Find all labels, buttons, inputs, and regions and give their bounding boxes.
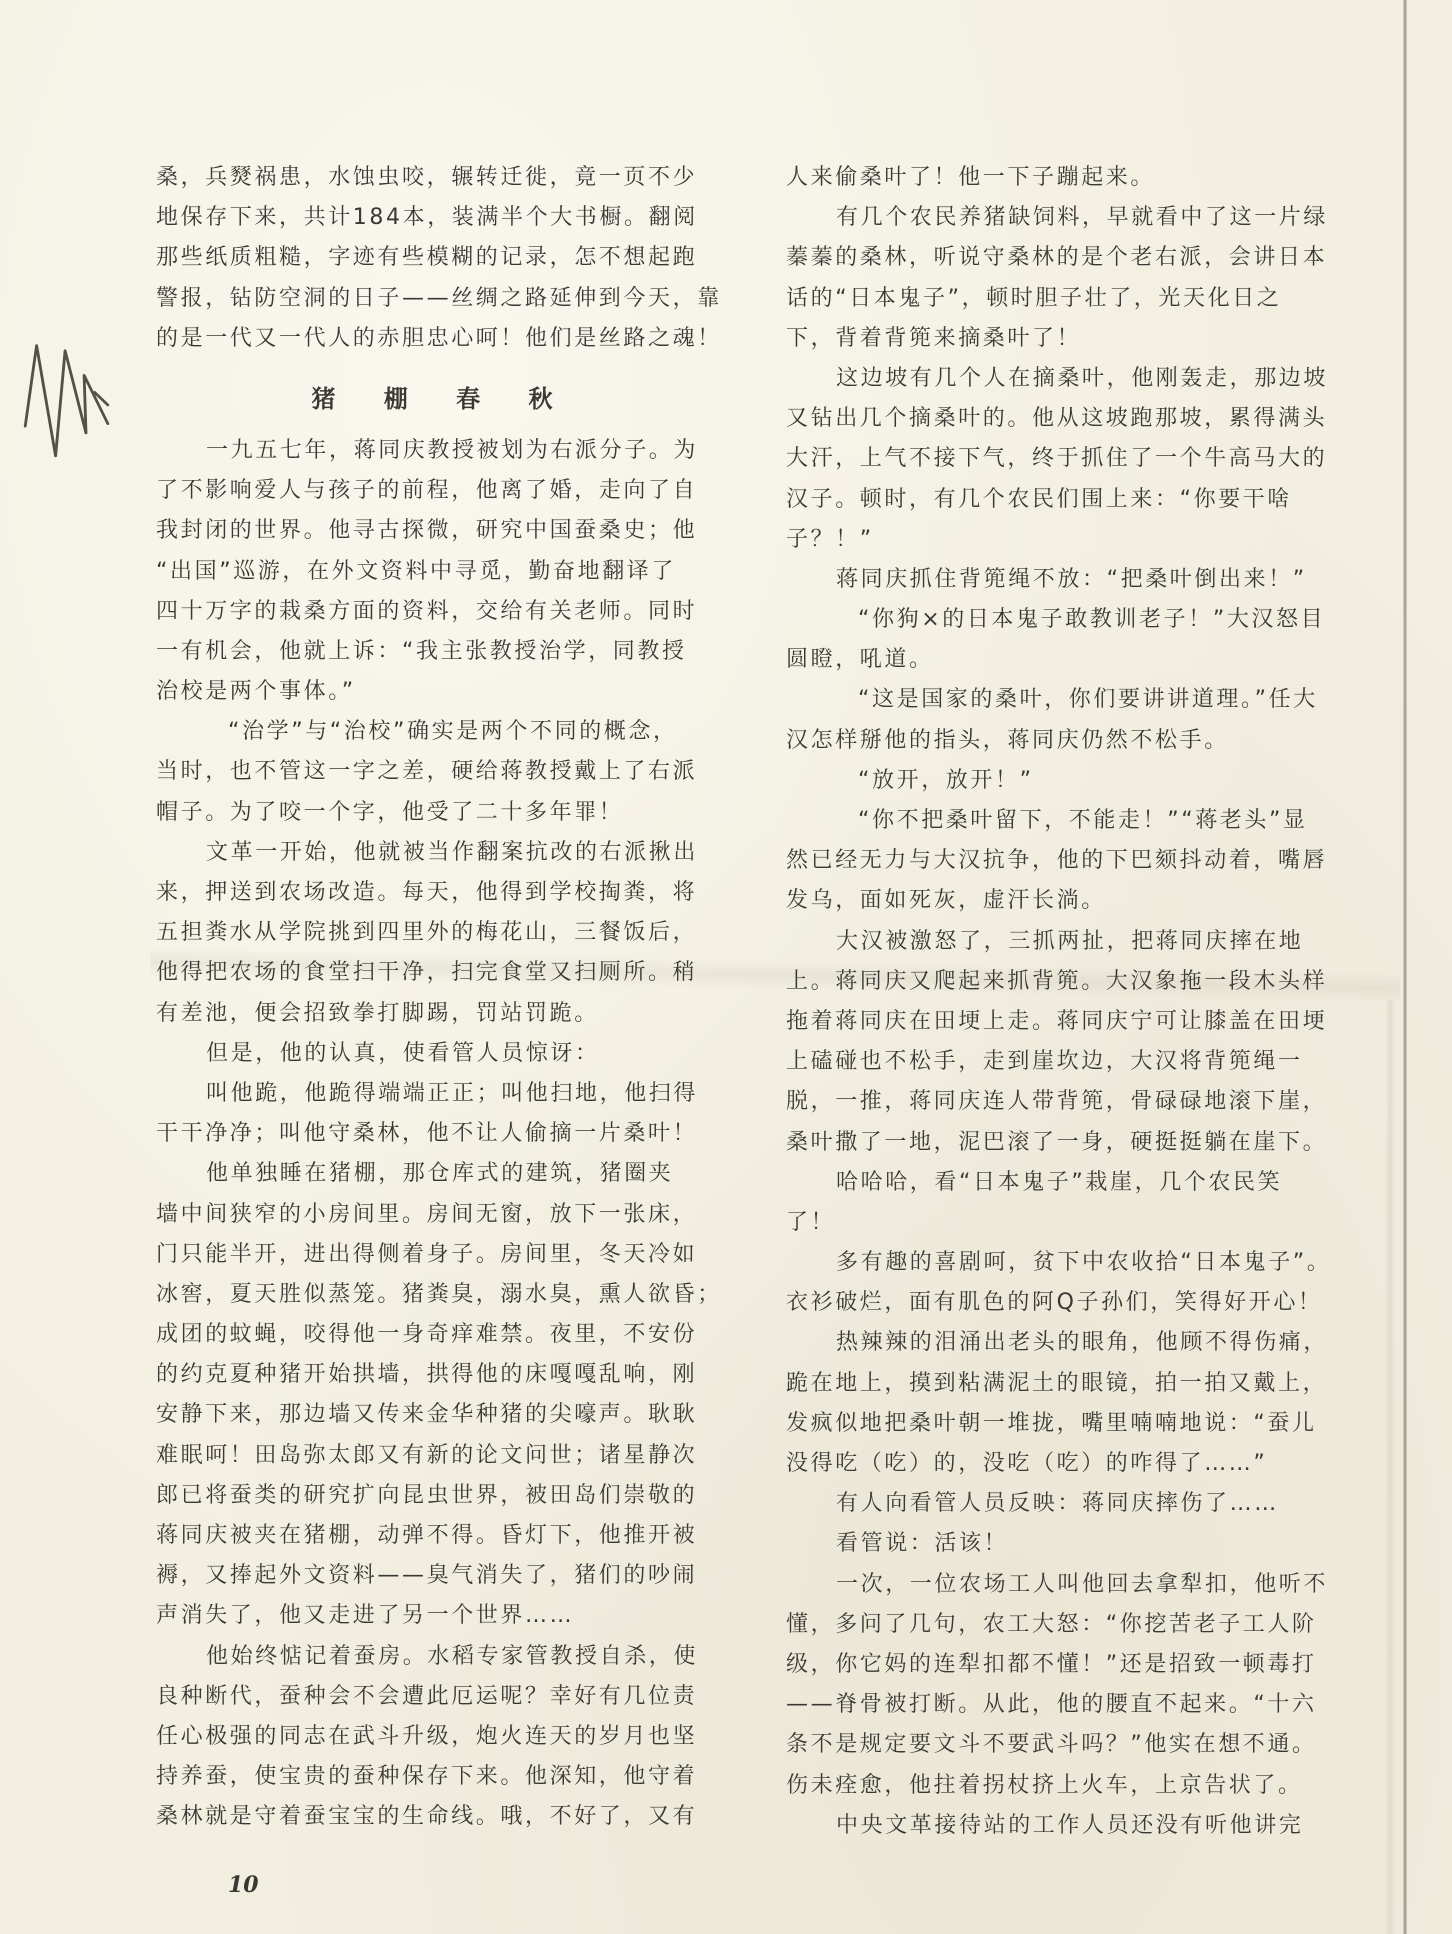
text-line: 有人向看管人员反映：蒋同庆摔伤了…… [786, 1484, 1374, 1524]
text-line: 四十万字的栽桑方面的资料，交给有关老师。同时 [156, 592, 728, 632]
text-line: 看管说：活该！ [786, 1524, 1374, 1564]
text-line: 警报，钻防空洞的日子——丝绸之路延伸到今天，靠 [156, 279, 728, 319]
text-line: 又钻出几个摘桑叶的。他从这坡跑那坡，累得满头 [786, 399, 1374, 439]
text-line: 任心极强的同志在武斗升级，炮火连天的岁月也坚 [156, 1717, 728, 1757]
page-fold-line [1403, 0, 1407, 1934]
text-line: 多有趣的喜剧呵，贫下中农收拾“日本鬼子”。 [786, 1243, 1374, 1283]
text-line: 大汉被激怒了，三抓两扯，把蒋同庆摔在地 [786, 922, 1374, 962]
text-line: 哈哈哈，看“日本鬼子”栽崖，几个农民笑 [786, 1163, 1374, 1203]
text-line: 汉怎样掰他的指头，蒋同庆仍然不松手。 [786, 721, 1374, 761]
section-title: 猪 棚 春 秋 [156, 367, 728, 431]
text-line: 然已经无力与大汉抗争，他的下巴颏抖动着，嘴唇 [786, 841, 1374, 881]
text-line: “放开，放开！” [786, 761, 1374, 801]
text-line: 叫他跪，他跪得端端正正；叫他扫地，他扫得 [156, 1074, 728, 1114]
text-line: 人来偷桑叶了！他一下子蹦起来。 [786, 158, 1374, 198]
text-line: 了！ [786, 1203, 1374, 1243]
text-line: 汉子。顿时，有几个农民们围上来：“你要干啥 [786, 480, 1374, 520]
text-line: 当时，也不管这一字之差，硬给蒋教授戴上了右派 [156, 752, 728, 792]
page-shadow [1385, 1000, 1395, 1934]
right-column: 人来偷桑叶了！他一下子蹦起来。有几个农民养猪缺饲料，早就看中了这一片绿蓁蓁的桑林… [786, 158, 1374, 1846]
text-line: 蓁蓁的桑林，听说守桑林的是个老右派，会讲日本 [786, 238, 1374, 278]
text-line: 褥，又捧起外文资料——臭气消失了，猪们的吵闹 [156, 1556, 728, 1596]
handwritten-scribble-icon [10, 320, 110, 470]
page-number: 10 [228, 1872, 259, 1898]
text-line: 郎已将蚕类的研究扩向昆虫世界，被田岛们崇敬的 [156, 1476, 728, 1516]
text-line: 帽子。为了咬一个字，他受了二十多年罪！ [156, 793, 728, 833]
text-line: 上磕碰也不松手，走到崖坎边，大汉将背篼绳一 [786, 1042, 1374, 1082]
text-line: 有几个农民养猪缺饲料，早就看中了这一片绿 [786, 198, 1374, 238]
text-line: 五担粪水从学院挑到四里外的梅花山，三餐饭后， [156, 913, 728, 953]
text-line: 中央文革接待站的工作人员还没有听他讲完 [786, 1806, 1374, 1846]
text-line: 一次，一位农场工人叫他回去拿犁扣，他听不 [786, 1565, 1374, 1605]
text-line: 安静下来，那边墙又传来金华种猪的尖嚎声。耿耿 [156, 1395, 728, 1435]
text-line: 治校是两个事体。” [156, 672, 728, 712]
text-line: 那些纸质粗糙，字迹有些模糊的记录，怎不想起跑 [156, 238, 728, 278]
text-line: 这边坡有几个人在摘桑叶，他刚轰走，那边坡 [786, 359, 1374, 399]
text-line: 文革一开始，他就被当作翻案抗改的右派揪出 [156, 833, 728, 873]
text-line: 话的“日本鬼子”，顿时胆子壮了，光天化日之 [786, 279, 1374, 319]
text-line: 圆瞪，吼道。 [786, 640, 1374, 680]
text-line: 大汗，上气不接下气，终于抓住了一个牛高马大的 [786, 439, 1374, 479]
text-line: 条不是规定要文斗不要武斗吗？”他实在想不通。 [786, 1725, 1374, 1765]
text-line: “治学”与“治校”确实是两个不同的概念， [156, 712, 728, 752]
text-line: 的约克夏种猪开始拱墙，拱得他的床嘎嘎乱响，刚 [156, 1355, 728, 1395]
text-line: “你不把桑叶留下，不能走！”“蒋老头”显 [786, 801, 1374, 841]
text-line: 门只能半开，进出得侧着身子。房间里，冬天冷如 [156, 1235, 728, 1275]
text-line: 冰窖，夏天胜似蒸笼。猪粪臭，溺水臭，熏人欲昏； [156, 1275, 728, 1315]
text-line: 我封闭的世界。他寻古探微，研究中国蚕桑史；他 [156, 511, 728, 551]
text-line: 懂，多问了几句，农工大怒：“你挖苦老子工人阶 [786, 1605, 1374, 1645]
text-line: “出国”巡游，在外文资料中寻觅，勤奋地翻译了 [156, 552, 728, 592]
text-line: 发疯似地把桑叶朝一堆拢，嘴里喃喃地说：“蚕儿 [786, 1404, 1374, 1444]
text-line: 一九五七年，蒋同庆教授被划为右派分子。为 [156, 431, 728, 471]
text-line: 蒋同庆被夹在猪棚，动弹不得。昏灯下，他推开被 [156, 1516, 728, 1556]
text-line: 一有机会，他就上诉：“我主张教授治学，同教授 [156, 632, 728, 672]
text-line: 桑，兵燹祸患，水蚀虫咬，辗转迁徙，竟一页不少 [156, 158, 728, 198]
text-line: 持养蚕，使宝贵的蚕种保存下来。他深知，他守着 [156, 1757, 728, 1797]
text-line: 他始终惦记着蚕房。水稻专家管教授自杀，使 [156, 1637, 728, 1677]
text-line: 有差池，便会招致拳打脚踢，罚站罚跪。 [156, 994, 728, 1034]
text-line: 成团的蚊蝇，咬得他一身奇痒难禁。夜里，不安份 [156, 1315, 728, 1355]
text-line: 蒋同庆抓住背篼绳不放：“把桑叶倒出来！” [786, 560, 1374, 600]
text-line: 他得把农场的食堂扫干净，扫完食堂又扫厕所。稍 [156, 953, 728, 993]
text-line: “你狗×的日本鬼子敢教训老子！”大汉怒目 [786, 600, 1374, 640]
text-line: 发乌，面如死灰，虚汗长淌。 [786, 881, 1374, 921]
text-line: 他单独睡在猪棚，那仓库式的建筑，猪圈夹 [156, 1154, 728, 1194]
text-line: 但是，他的认真，使看管人员惊讶： [156, 1034, 728, 1074]
text-line: 来，押送到农场改造。每天，他得到学校掏粪，将 [156, 873, 728, 913]
text-line: 伤未痊愈，他拄着拐杖挤上火车，上京告状了。 [786, 1766, 1374, 1806]
text-line: 级，你它妈的连犁扣都不懂！”还是招致一顿毒打 [786, 1645, 1374, 1685]
text-line: 了不影响爱人与孩子的前程，他离了婚，走向了自 [156, 471, 728, 511]
text-line: 跪在地上，摸到粘满泥土的眼镜，拍一拍又戴上， [786, 1364, 1374, 1404]
text-line: 热辣辣的泪涌出老头的眼角，他顾不得伤痛， [786, 1323, 1374, 1363]
text-line: 桑林就是守着蚕宝宝的生命线。哦，不好了，又有 [156, 1797, 728, 1837]
text-line: 拖着蒋同庆在田埂上走。蒋同庆宁可让膝盖在田埂 [786, 1002, 1374, 1042]
text-line: ——脊骨被打断。从此，他的腰直不起来。“十六 [786, 1685, 1374, 1725]
text-line: 难眠呵！田岛弥太郎又有新的论文问世；诸星静次 [156, 1436, 728, 1476]
text-line: 良种断代，蚕种会不会遭此厄运呢？幸好有几位责 [156, 1677, 728, 1717]
text-line: 声消失了，他又走进了另一个世界…… [156, 1596, 728, 1636]
text-line: “这是国家的桑叶，你们要讲讲道理。”任大 [786, 680, 1374, 720]
text-line: 脱，一推，蒋同庆连人带背篼，骨碌碌地滚下崖， [786, 1082, 1374, 1122]
text-line: 下，背着背篼来摘桑叶了！ [786, 319, 1374, 359]
text-line: 衣衫破烂，面有肌色的阿Q子孙们，笑得好开心！ [786, 1283, 1374, 1323]
text-line: 没得吃（吃）的，没吃（吃）的咋得了……” [786, 1444, 1374, 1484]
text-line: 地保存下来，共计184本，装满半个大书橱。翻阅 [156, 198, 728, 238]
text-line: 干干净净；叫他守桑林，他不让人偷摘一片桑叶！ [156, 1114, 728, 1154]
text-line: 子？！” [786, 520, 1374, 560]
text-line: 的是一代又一代人的赤胆忠心呵！他们是丝路之魂！ [156, 319, 728, 359]
text-line: 上。蒋同庆又爬起来抓背篼。大汉象拖一段木头样 [786, 962, 1374, 1002]
text-line: 墙中间狭窄的小房间里。房间无窗，放下一张床， [156, 1195, 728, 1235]
text-line: 桑叶撒了一地，泥巴滚了一身，硬挺挺躺在崖下。 [786, 1123, 1374, 1163]
left-column: 桑，兵燹祸患，水蚀虫咬，辗转迁徙，竟一页不少地保存下来，共计184本，装满半个大… [156, 158, 728, 1838]
